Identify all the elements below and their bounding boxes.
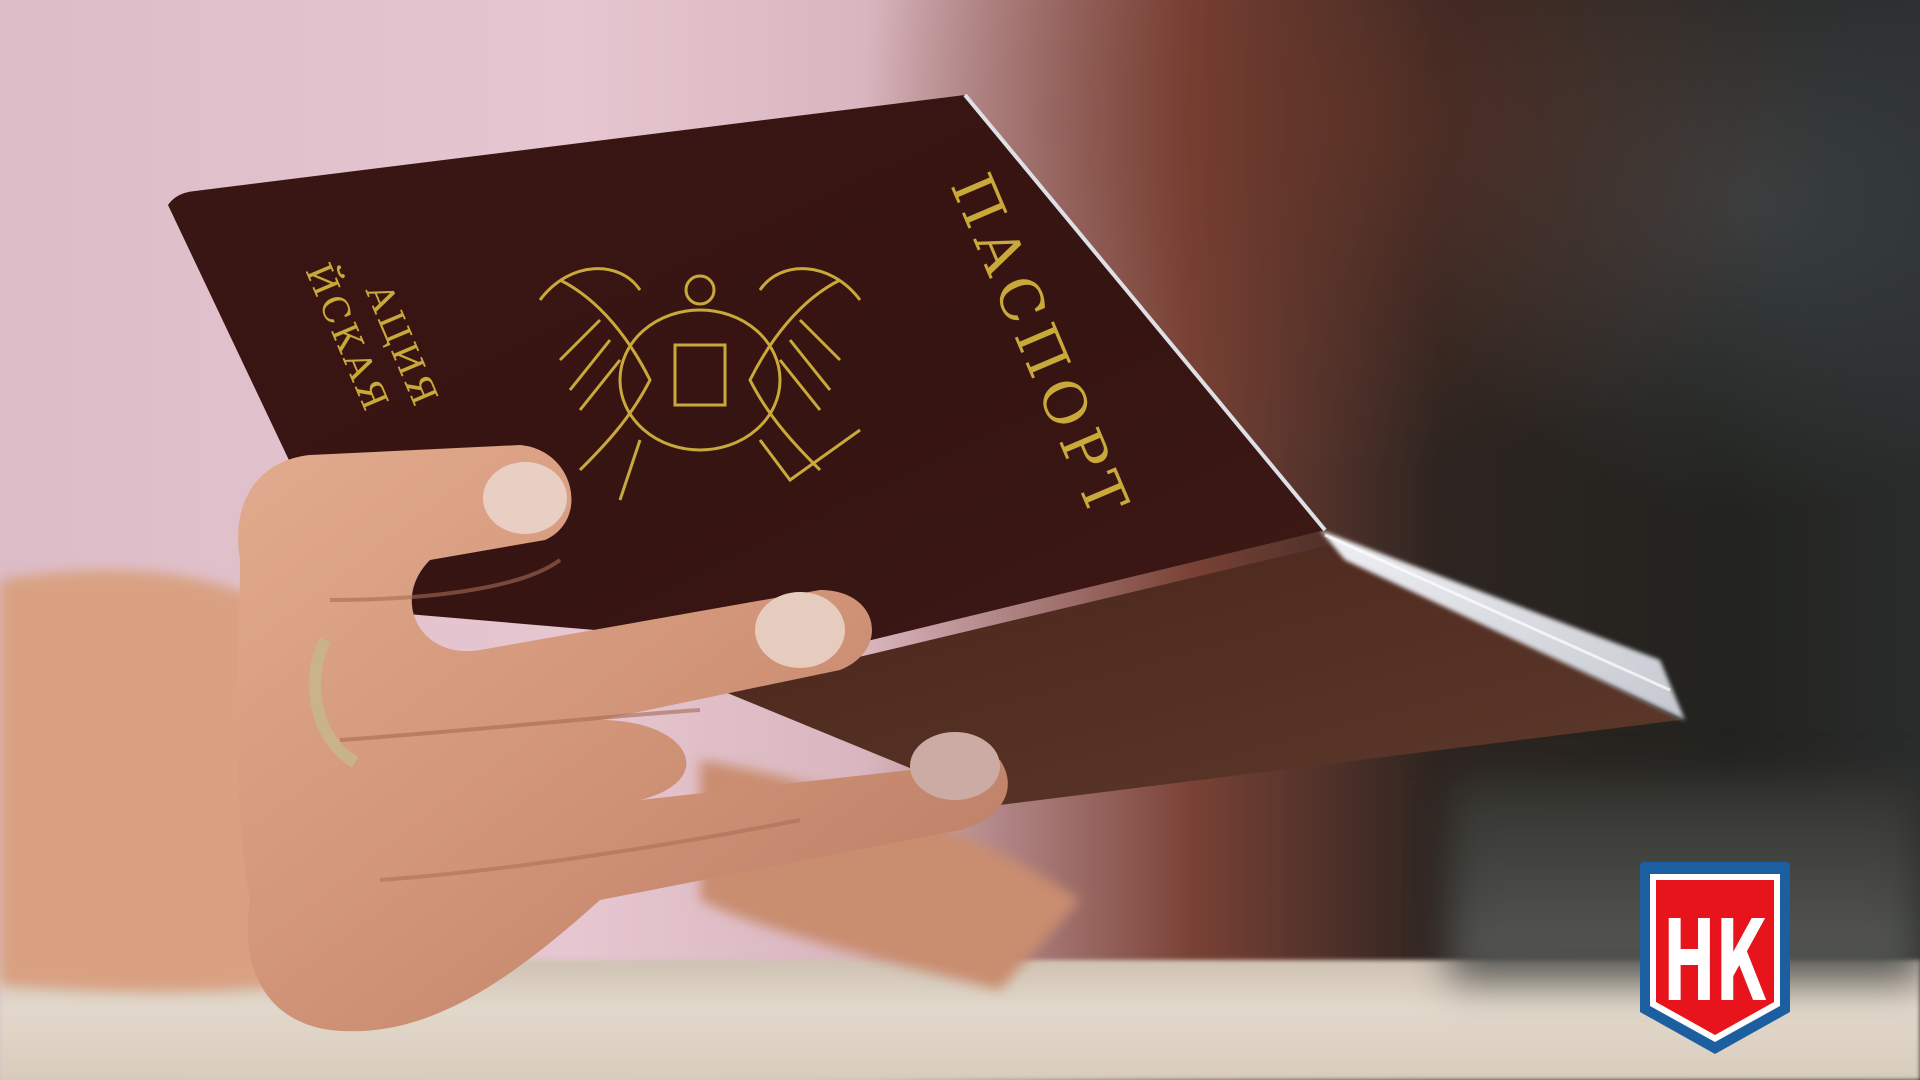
fingernail <box>910 732 1000 800</box>
nk-logo: НК <box>1634 860 1796 1056</box>
passport-and-hand: ПАСПОРТ ЙСКАЯ АЦИЯ <box>0 0 1920 1080</box>
logo-text: НК <box>1663 897 1767 1027</box>
fingernail <box>483 462 567 534</box>
photo-scene: ПАСПОРТ ЙСКАЯ АЦИЯ НК <box>0 0 1920 1080</box>
fingernail <box>755 592 845 668</box>
